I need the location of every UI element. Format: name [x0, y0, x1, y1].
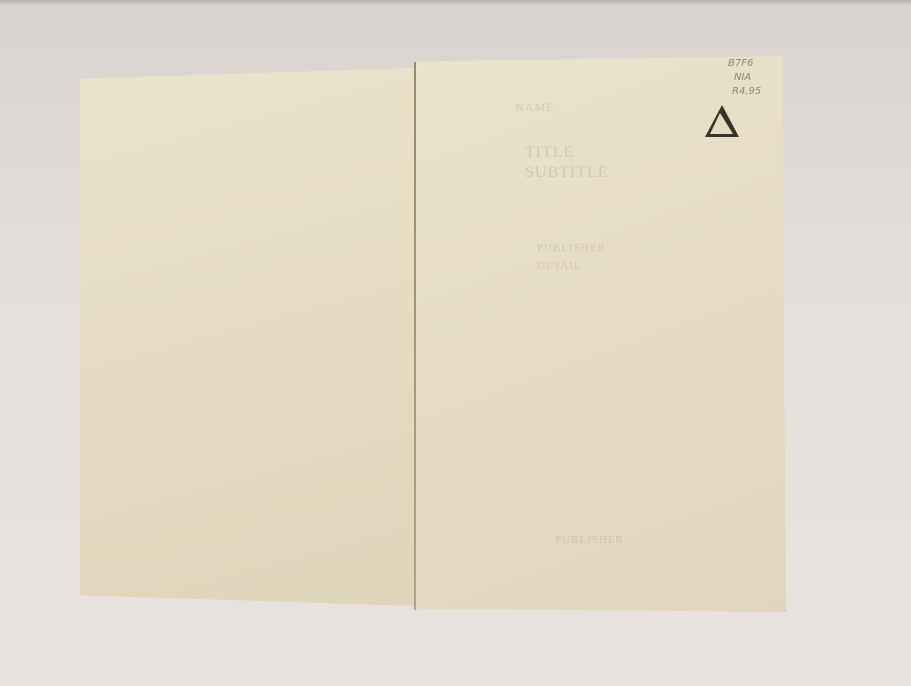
pencil-note-2: NIA [734, 72, 751, 84]
table-edge-shadow [0, 0, 911, 6]
show-through-subtitle: SUBTITLE [525, 164, 609, 182]
delta-triangle-icon [704, 104, 740, 138]
open-booklet: NAME TITLE SUBTITLE PUBLISHER DETAIL PUB… [80, 56, 786, 612]
pencil-note-3: R4.95 [732, 86, 761, 98]
show-through-footer: PUBLISHER [555, 534, 624, 546]
show-through-line-5: DETAIL [537, 260, 582, 272]
pencil-note-1: B7F6 [728, 58, 753, 70]
show-through-title: TITLE [525, 144, 574, 162]
show-through-line-4: PUBLISHER [537, 242, 606, 254]
booklet-spine [414, 62, 416, 610]
show-through-author: NAME [515, 100, 554, 115]
right-page: NAME TITLE SUBTITLE PUBLISHER DETAIL PUB… [415, 56, 786, 612]
left-page [80, 68, 415, 606]
